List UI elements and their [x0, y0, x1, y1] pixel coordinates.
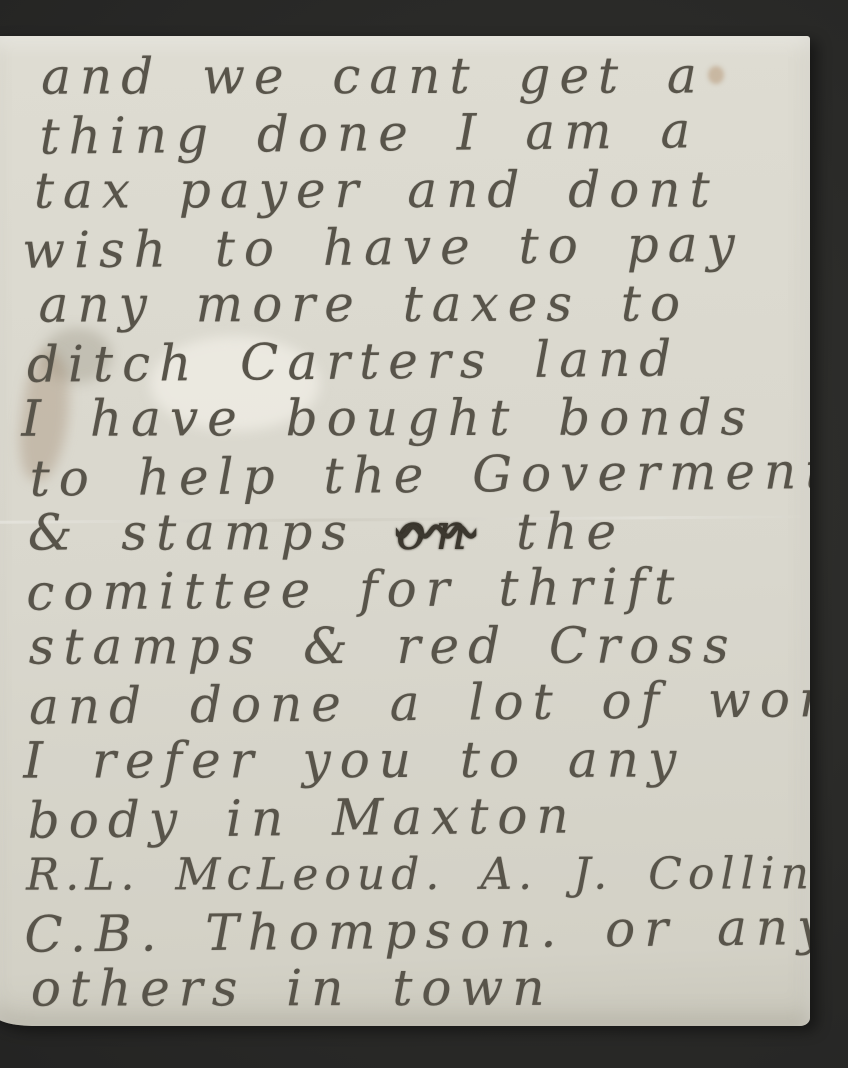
line-text: I have bought bonds	[21, 388, 755, 447]
line-text: stamps & red Cross	[29, 616, 738, 675]
handwritten-line: stamps & red Cross	[29, 617, 809, 675]
line-text: & stamps	[28, 503, 396, 562]
handwritten-line-signatures: R.L. McLeoud. A. J. Collington	[26, 845, 810, 903]
line-text: thing done I am a	[39, 101, 699, 165]
line-text: R.L. McLeoud. A. J. Collington	[26, 848, 810, 901]
scan-background: and we cant get a thing done I am a tax …	[0, 0, 848, 1068]
line-text: I refer you to any	[23, 731, 685, 790]
line-text: and we cant get a	[41, 46, 706, 105]
handwritten-line: body in Maxton	[27, 785, 810, 850]
line-text: comittee for thrift	[26, 557, 683, 621]
handwritten-line-signatures: C.B. Thompson. or any	[24, 899, 810, 964]
handwritten-line: to help the Goverment	[29, 443, 808, 507]
line-text: tax payer and dont	[34, 160, 719, 219]
letter-page: and we cant get a thing done I am a tax …	[0, 36, 810, 1026]
line-text: any more taxes to	[39, 274, 690, 333]
handwritten-line: & stamps on the	[28, 503, 808, 561]
handwritten-line: tax payer and dont	[34, 161, 806, 219]
handwritten-line: and done a lot of work	[29, 671, 810, 735]
line-text: and done a lot of work	[29, 670, 810, 736]
line-text: to help the Goverment	[29, 442, 810, 508]
handwritten-line: comittee for thrift	[26, 557, 809, 622]
line-text: C.B. Thompson. or any	[24, 898, 810, 964]
handwriting-block: and we cant get a thing done I am a tax …	[19, 46, 810, 1020]
handwritten-line: thing done I am a	[39, 101, 806, 165]
handwritten-line: I have bought bonds	[21, 389, 807, 447]
line-text: wish to have to pay	[22, 215, 744, 280]
line-text: others in town	[31, 959, 554, 1018]
handwritten-line: I refer you to any	[23, 731, 809, 789]
struck-out-word: on	[396, 503, 476, 561]
handwritten-line: ditch Carters land	[27, 329, 808, 393]
handwritten-line: and we cant get a	[41, 47, 805, 105]
line-text: body in Maxton	[27, 786, 577, 849]
line-text: ditch Carters land	[27, 329, 681, 393]
handwritten-line: any more taxes to	[39, 275, 807, 333]
handwritten-line: wish to have to pay	[22, 215, 807, 280]
line-text: the	[476, 503, 625, 561]
handwritten-line: others in town	[31, 959, 810, 1017]
